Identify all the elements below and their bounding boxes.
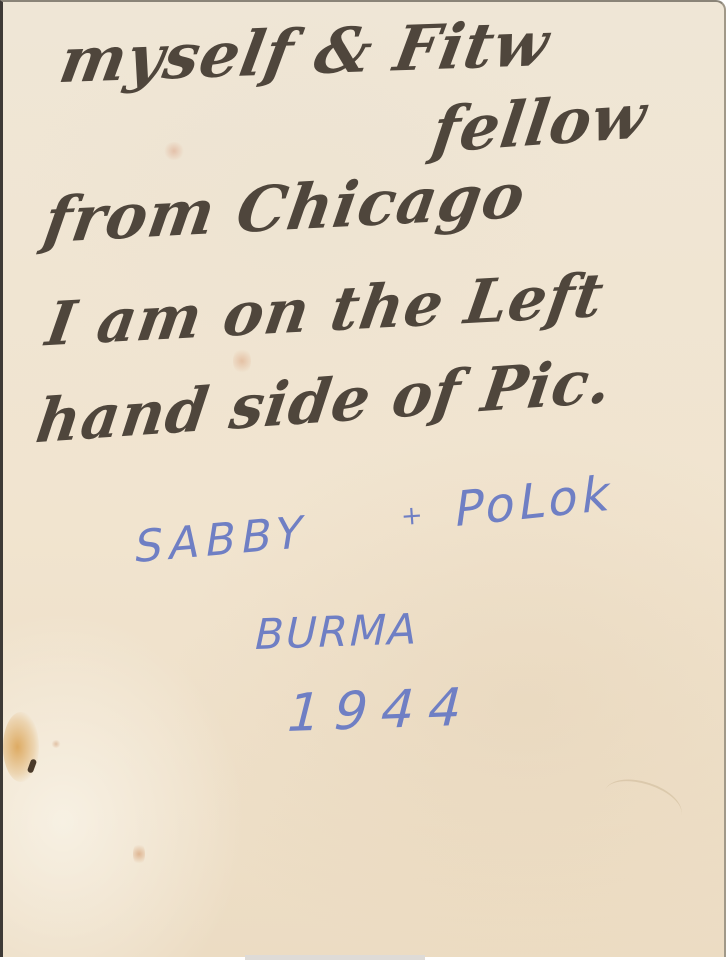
handwritten-line-5: hand side of Pic. (32, 346, 616, 457)
pencil-name-polok: PoLok (451, 465, 618, 539)
pencil-ampersand: + (400, 501, 424, 532)
pencil-name-sabby: SABBY (131, 506, 312, 573)
pencil-year: 1944 (279, 677, 482, 744)
scan-edge-strip (245, 955, 425, 960)
photo-back-card: myself & Fitw fellow from Chicago I am o… (0, 0, 726, 957)
foxing-spot (233, 347, 251, 375)
handwritten-line-4: I am on the Left (41, 261, 608, 361)
handwritten-line-1: myself & Fitw (55, 7, 556, 98)
pencil-place-burma: BURMA (250, 604, 424, 659)
foxing-spot (51, 740, 61, 748)
foxing-spot (163, 142, 185, 160)
handwritten-line-3: from Chicago (39, 158, 531, 257)
water-stain (3, 712, 39, 782)
paper-crease (598, 771, 687, 836)
foxing-spot (133, 842, 145, 866)
handwritten-line-2: fellow (428, 79, 652, 168)
